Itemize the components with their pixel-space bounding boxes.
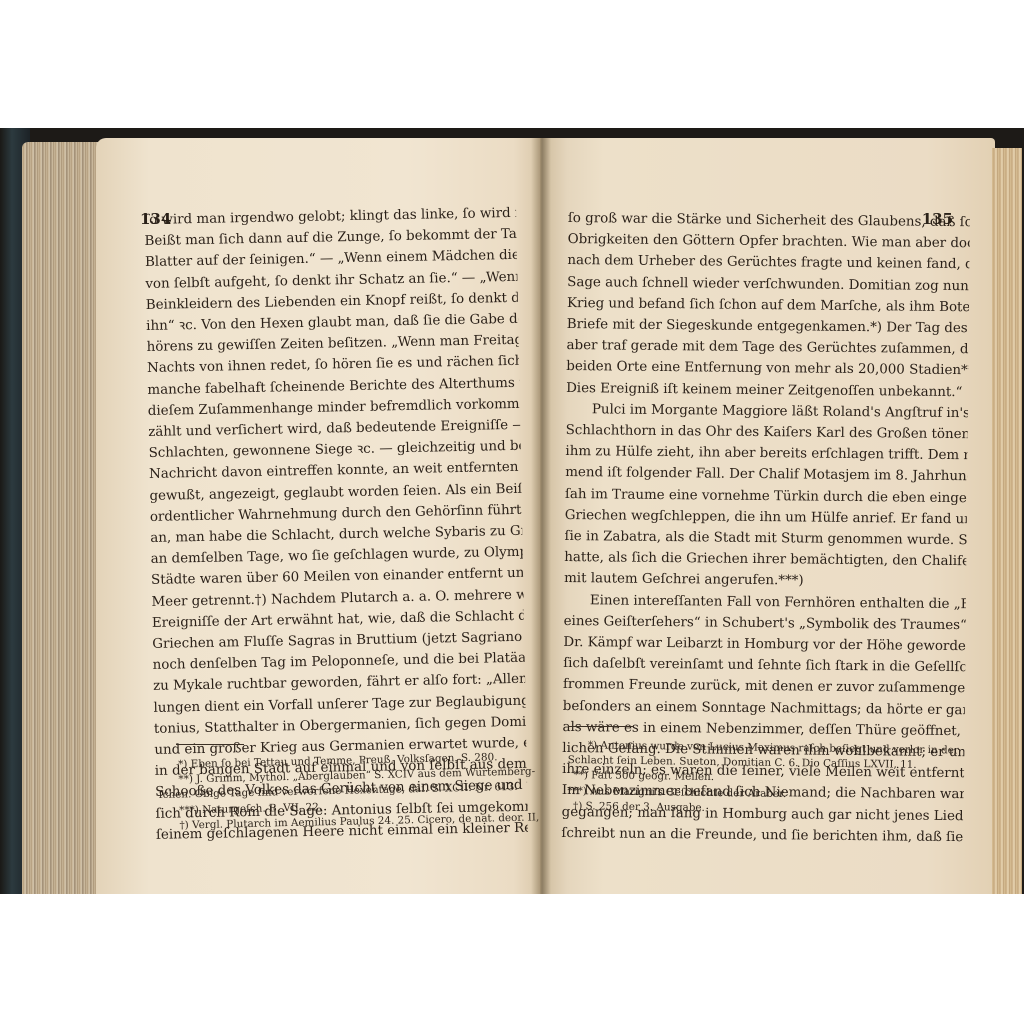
footnotes: *) Eben ſo bei Tettau und Temme, Preuß. … xyxy=(158,750,532,834)
page-edges-right xyxy=(992,148,1022,894)
footnote-divider xyxy=(568,726,634,727)
footnote-divider xyxy=(176,744,244,745)
footnotes: *) Antonius wurde von Lucius Maximus raſ… xyxy=(567,738,978,820)
text-line: ſchreibt nun an die Freunde, und ſie ber… xyxy=(561,823,963,848)
left-page: 134 ſo wird man irgendwo gelobt; klingt … xyxy=(96,138,540,894)
open-book: 134 ſo wird man irgendwo gelobt; klingt … xyxy=(0,128,1024,894)
book-gutter xyxy=(531,138,551,894)
right-page: 135 ſo groß war die Stärke und Sicherhei… xyxy=(540,138,995,894)
page-edges-left xyxy=(22,142,104,894)
body-text: ſo wird man irgendwo gelobt; klingt das … xyxy=(144,203,528,846)
